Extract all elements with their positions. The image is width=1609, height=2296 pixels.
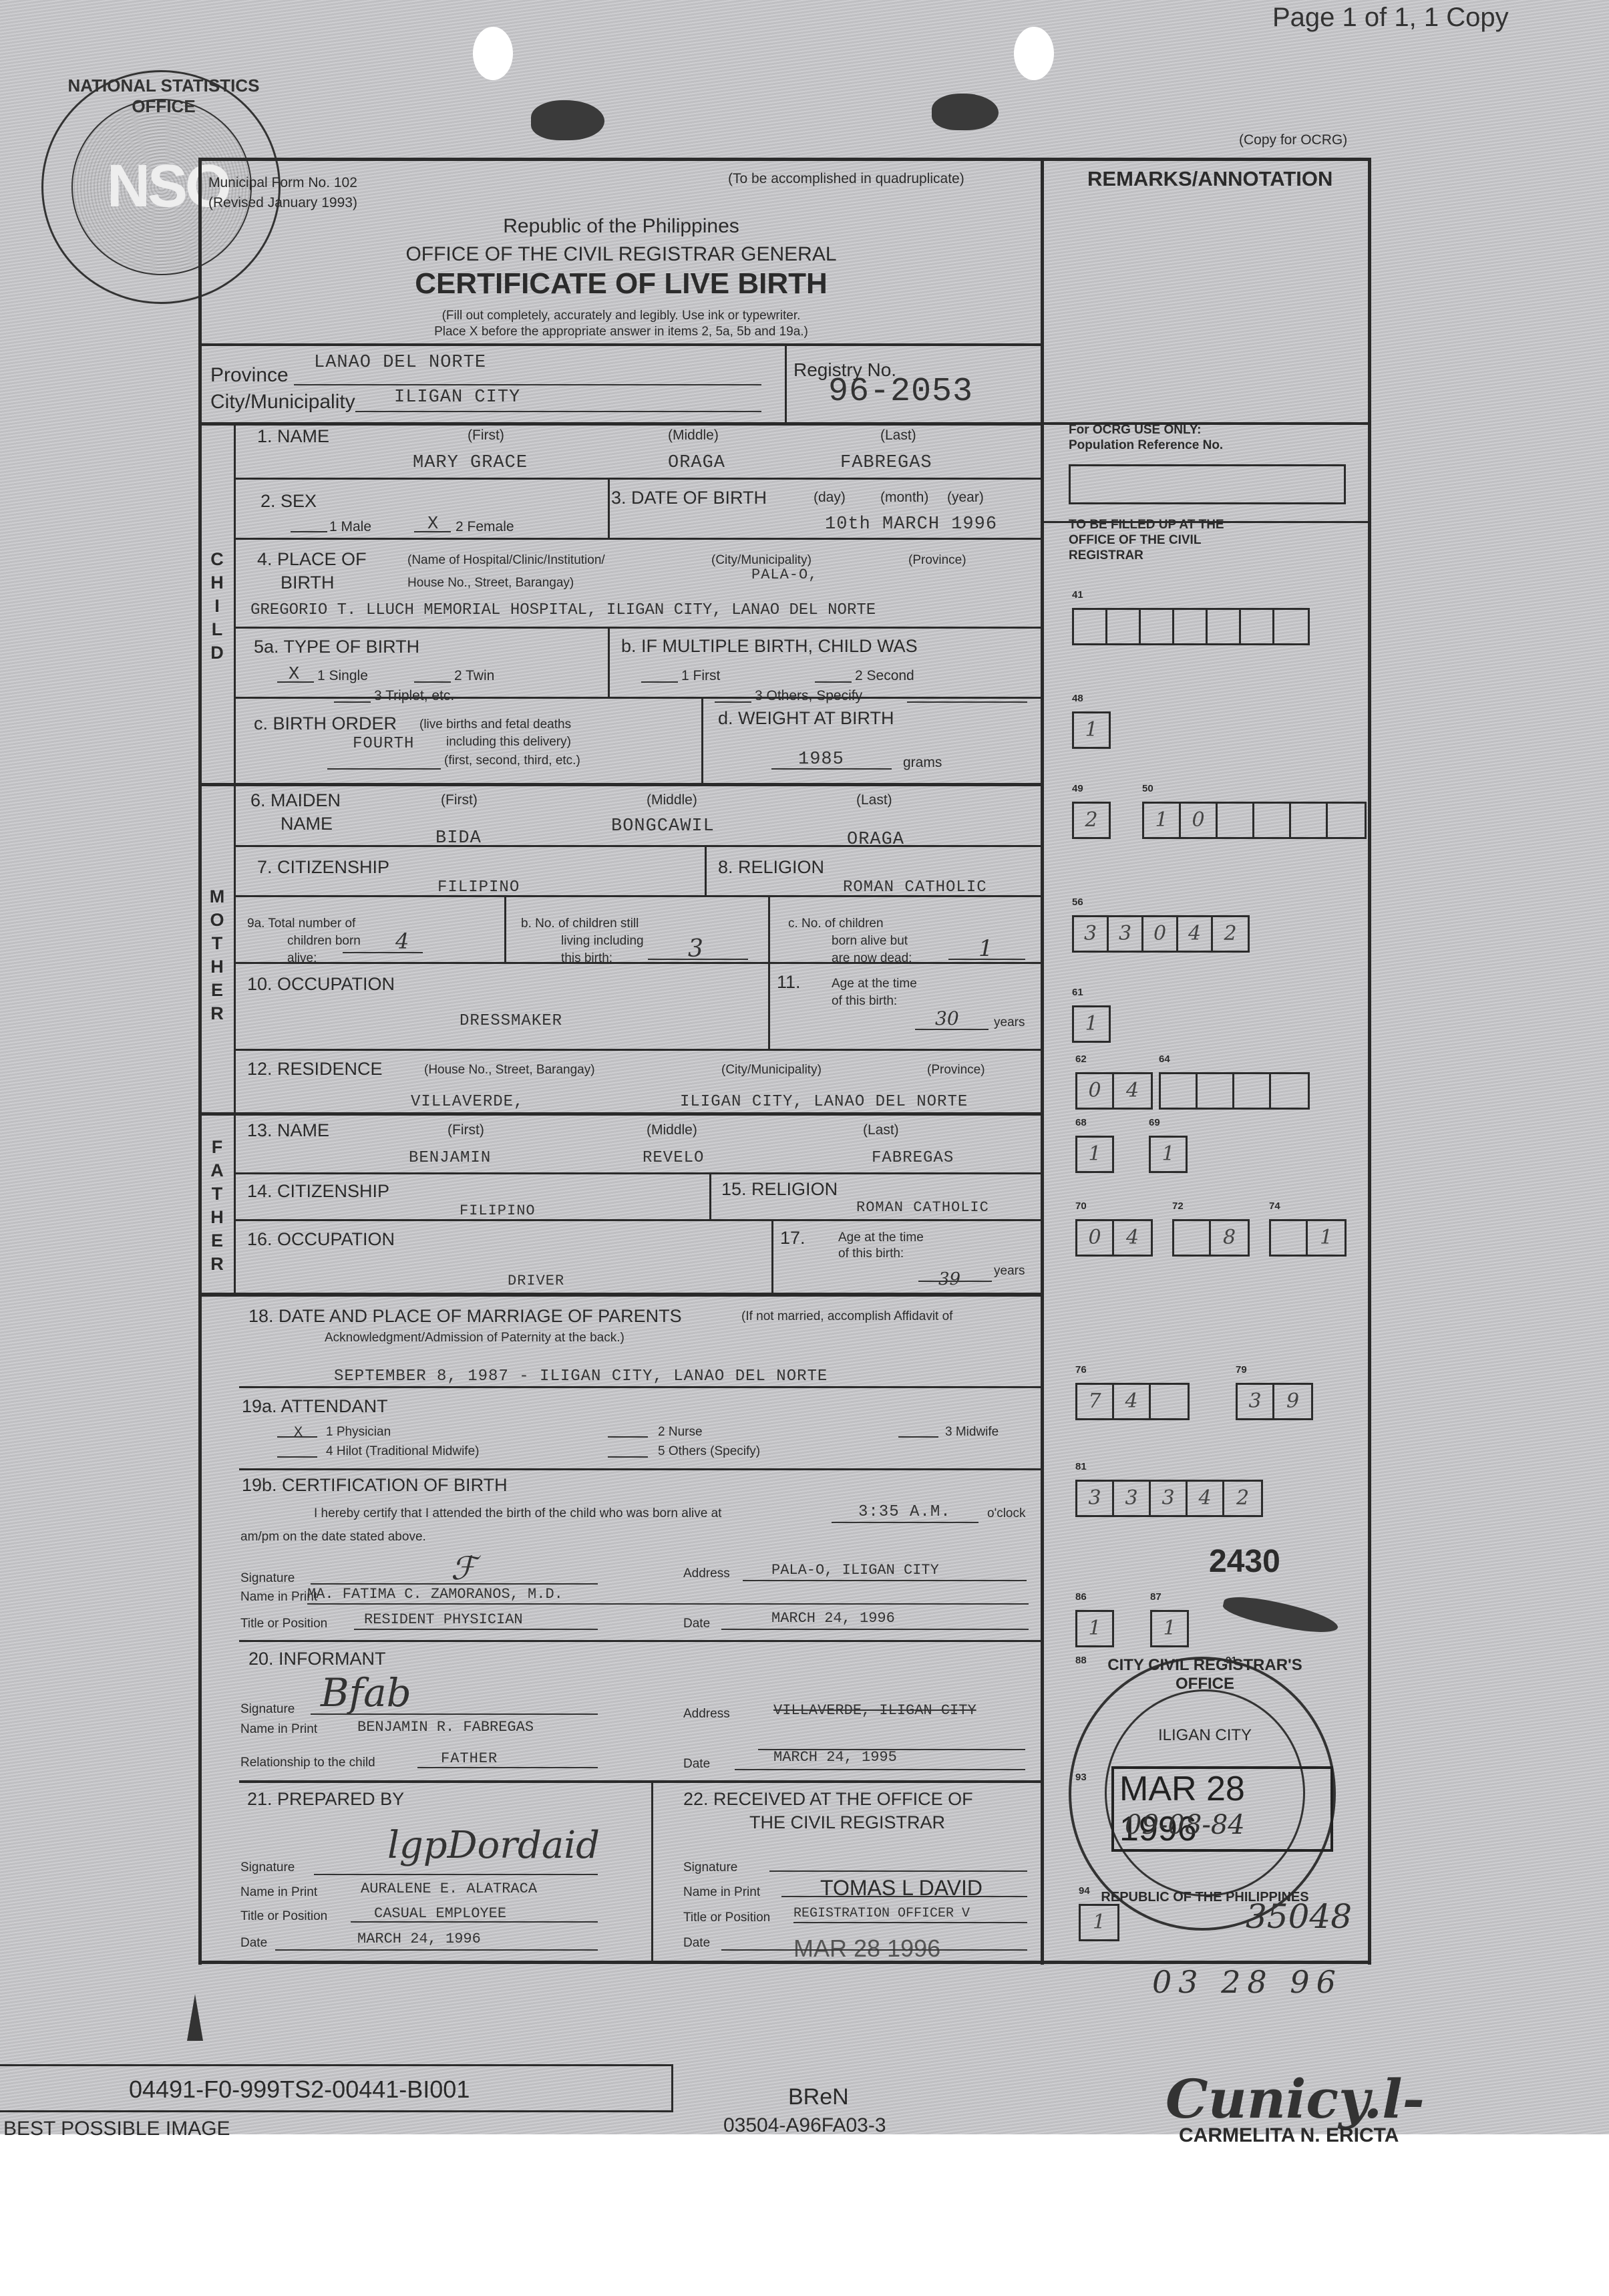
prepared-by-label: 21. PREPARED BY	[247, 1789, 404, 1810]
underline	[294, 384, 761, 385]
code-cell[interactable]: 1	[1074, 1007, 1109, 1041]
underline	[648, 959, 748, 960]
physician-title[interactable]: RESIDENT PHYSICIAN	[364, 1611, 523, 1628]
dob-label: 3. DATE OF BIRTH	[611, 488, 767, 508]
pob-label: 4. PLACE OF	[257, 549, 367, 570]
registrar-fill-label-3: REGISTRAR	[1069, 548, 1143, 563]
punch-hole	[1014, 27, 1054, 80]
code-field-68[interactable]: 1	[1075, 1136, 1114, 1173]
certification-text-2: am/pm on the date stated above.	[240, 1530, 426, 1544]
attendant-label: 19a. ATTENDANT	[242, 1396, 388, 1417]
underline	[414, 681, 451, 683]
child-last-name[interactable]: FABREGAS	[840, 453, 932, 473]
physician-name[interactable]: MA. FATIMA C. ZAMORANOS, M.D.	[307, 1586, 563, 1603]
handwritten-number: 35048	[1246, 1897, 1352, 1936]
code-cell[interactable]: 0	[1077, 1221, 1114, 1255]
multiple-second-option[interactable]: 2 Second	[855, 668, 914, 684]
code-cell[interactable]: 3	[1151, 1482, 1188, 1515]
code-label-87: 87	[1150, 1591, 1161, 1603]
underline	[355, 411, 761, 412]
middle-label: (Middle)	[668, 428, 719, 444]
signatory-name: CARMELITA N. ERICTA	[1179, 2124, 1399, 2147]
signature-line	[311, 1713, 598, 1715]
underline	[291, 531, 327, 532]
signature-label: Signature	[240, 1860, 295, 1875]
best-image-note: BEST POSSIBLE IMAGE	[3, 2118, 230, 2140]
form-number: Municipal Form No. 102	[208, 175, 357, 191]
code-cell[interactable]	[1271, 1221, 1308, 1255]
underline	[275, 1949, 598, 1951]
residence-city[interactable]: ILIGAN CITY, LANAO DEL NORTE	[680, 1093, 968, 1111]
code-label-41: 41	[1072, 589, 1083, 601]
father-age-label-2: of this birth:	[838, 1247, 904, 1261]
dob-month-label: (month)	[880, 490, 928, 506]
bren-label: BReN	[788, 2084, 849, 2110]
code-field-69[interactable]: 1	[1149, 1136, 1188, 1173]
punch-hole	[473, 27, 513, 80]
code-cell[interactable]	[1254, 804, 1291, 837]
father-citizenship[interactable]: FILIPINO	[460, 1202, 536, 1219]
underline	[641, 681, 678, 683]
father-occupation-label: 16. OCCUPATION	[247, 1229, 395, 1250]
pob-extra[interactable]: PALA-O,	[751, 566, 818, 583]
signature-label: Signature	[683, 1860, 737, 1875]
code-cell[interactable]: 1	[1077, 1138, 1112, 1171]
name-in-print-label: Name in Print	[240, 1722, 317, 1737]
code-cell[interactable]	[1291, 804, 1328, 837]
instructions-line-1: (Fill out completely, accurately and leg…	[0, 309, 1242, 323]
vline	[234, 1114, 236, 1295]
code-cell[interactable]	[1198, 1074, 1234, 1108]
hline	[235, 845, 1043, 847]
title-label: Title or Position	[240, 1617, 327, 1631]
hline	[198, 1293, 1043, 1297]
code-field-86[interactable]: 1	[1075, 1610, 1114, 1647]
city-label: City/Municipality	[210, 391, 355, 414]
code-field-48[interactable]: 1	[1072, 711, 1111, 749]
code-label-61: 61	[1072, 987, 1083, 998]
code-cell[interactable]: 4	[1188, 1482, 1224, 1515]
name-in-print-label: Name in Print	[683, 1885, 760, 1900]
father-age-label: Age at the time	[838, 1231, 924, 1245]
birth-order-note-3: (first, second, third, etc.)	[444, 754, 580, 768]
code-cell[interactable]	[1174, 1221, 1211, 1255]
code-field-76[interactable]: 74	[1075, 1383, 1190, 1420]
father-religion-label: 15. RELIGION	[721, 1179, 838, 1200]
birth-order-note: (live births and fetal deaths	[419, 717, 571, 732]
informant-relationship[interactable]: FATHER	[441, 1750, 498, 1767]
scanned-document: Page 1 of 1, 1 Copy NSO NATIONAL STATIST…	[0, 0, 1609, 2134]
seal-text: CITY CIVIL REGISTRAR'S OFFICE	[1098, 1656, 1312, 1693]
code-label-48: 48	[1072, 693, 1083, 704]
signature-line	[314, 1874, 598, 1875]
underline	[743, 1580, 1027, 1581]
vline	[504, 895, 506, 962]
received-label: 22. RECEIVED AT THE OFFICE OF	[683, 1789, 973, 1810]
type-twin-option[interactable]: 2 Twin	[454, 668, 494, 684]
residence-city-label: (City/Municipality)	[721, 1063, 822, 1078]
living-children-label-2: living including	[561, 934, 644, 949]
father-middle-name[interactable]: REVELO	[643, 1149, 704, 1167]
attendant-others-option[interactable]: 5 Others (Specify)	[658, 1444, 760, 1459]
child-name-label: 1. NAME	[257, 426, 329, 447]
underline	[307, 1603, 1029, 1605]
underline	[608, 1456, 648, 1458]
code-label-68: 68	[1075, 1117, 1087, 1128]
informant-address[interactable]: VILLAVERDE, ILIGAN CITY	[773, 1702, 976, 1719]
maiden-name-label: 6. MAIDEN	[250, 790, 341, 811]
code-label-49: 49	[1072, 783, 1083, 794]
code-cell[interactable]: 3	[1114, 1482, 1151, 1515]
code-label-62: 62	[1075, 1053, 1087, 1065]
code-cell[interactable]: 4	[1178, 917, 1213, 951]
code-field-72[interactable]: 8	[1172, 1219, 1250, 1257]
informant-date[interactable]: MARCH 24, 1995	[773, 1749, 897, 1766]
weight-label: d. WEIGHT AT BIRTH	[718, 708, 894, 729]
underline	[327, 768, 441, 770]
maiden-name-label-2: NAME	[281, 814, 333, 834]
code-cell[interactable]	[1074, 610, 1107, 643]
underline	[918, 1281, 992, 1282]
code-cell[interactable]: 4	[1114, 1221, 1151, 1255]
code-cell[interactable]: 1	[1077, 1612, 1112, 1645]
registry-value[interactable]: 96-2053	[828, 373, 973, 411]
attendant-hilot-option[interactable]: 4 Hilot (Traditional Midwife)	[326, 1444, 479, 1459]
quadruplicate-note: (To be accomplished in quadruplicate)	[728, 171, 964, 187]
code-field-64[interactable]	[1159, 1072, 1310, 1110]
marriage-note: (If not married, accomplish Affidavit of	[741, 1309, 952, 1324]
sex-label: 2. SEX	[260, 491, 317, 512]
document-code-box: 04491-F0-999TS2-00441-BI001	[0, 2064, 673, 2112]
code-field-79[interactable]: 39	[1236, 1383, 1313, 1420]
code-cell[interactable]	[1274, 610, 1308, 643]
seal-handwritten: 09-08-84	[1125, 1810, 1245, 1840]
code-label-79: 79	[1236, 1364, 1247, 1375]
attendant-physician-mark[interactable]: X	[294, 1424, 303, 1441]
vline	[701, 697, 703, 784]
hline	[235, 478, 1043, 480]
code-cell[interactable]	[1174, 610, 1208, 643]
title-label: Title or Position	[683, 1911, 770, 1925]
vline	[785, 343, 787, 422]
vline	[771, 1219, 773, 1293]
code-label-88: 88	[1075, 1655, 1087, 1666]
type-triplet-option[interactable]: 3 Triplet, etc.	[374, 688, 454, 704]
mother-citizenship[interactable]: FILIPINO	[437, 878, 520, 896]
code-cell[interactable]: 3	[1074, 917, 1109, 951]
attendant-nurse-option[interactable]: 2 Nurse	[658, 1425, 703, 1440]
code-field-50[interactable]: 10	[1142, 802, 1367, 839]
seal-city: ILIGAN CITY	[1158, 1726, 1252, 1745]
code-field-94[interactable]: 1	[1079, 1904, 1119, 1941]
instructions-line-2: Place X before the appropriate answer in…	[0, 325, 1242, 339]
code-cell[interactable]: 3	[1077, 1482, 1114, 1515]
underline	[334, 701, 371, 703]
code-cell[interactable]	[1141, 610, 1174, 643]
code-cell[interactable]: 2	[1213, 917, 1248, 951]
weight-unit: grams	[903, 755, 942, 771]
type-single-option[interactable]: 1 Single	[317, 668, 368, 684]
code-cell[interactable]: 2	[1074, 804, 1109, 837]
underline	[277, 1436, 317, 1438]
underline	[771, 768, 892, 770]
pob-label-2: BIRTH	[281, 572, 335, 593]
code-cell[interactable]	[1107, 610, 1141, 643]
birth-order-note-2: including this delivery)	[446, 735, 571, 750]
dob-value[interactable]: 10th MARCH 1996	[825, 514, 997, 534]
first-label: (First)	[468, 428, 504, 444]
mother-age-label-2: of this birth:	[832, 994, 897, 1009]
father-religion[interactable]: ROMAN CATHOLIC	[856, 1199, 989, 1216]
physician-date[interactable]: MARCH 24, 1996	[771, 1610, 895, 1627]
dead-children-value[interactable]: 1	[978, 935, 993, 962]
code-field-70[interactable]: 04	[1075, 1219, 1153, 1257]
vline	[709, 1172, 711, 1219]
dob-day-label: (day)	[814, 490, 846, 506]
vline	[608, 478, 610, 538]
code-cell[interactable]: 9	[1274, 1385, 1311, 1418]
weight-value[interactable]: 1985	[798, 750, 844, 770]
code-cell[interactable]: 3	[1109, 917, 1143, 951]
multiple-others-option[interactable]: 3 Others, Specify	[755, 688, 862, 704]
code-field-41[interactable]	[1072, 608, 1310, 645]
hline	[235, 1049, 1043, 1051]
informant-signature: Bfab	[321, 1670, 411, 1715]
stamp-number: 2430	[1209, 1543, 1280, 1580]
total-children-label-2: children born	[287, 934, 361, 949]
certification-text: I hereby certify that I attended the bir…	[314, 1506, 721, 1521]
code-cell[interactable]: 1	[1144, 804, 1181, 837]
code-cell[interactable]	[1328, 804, 1365, 837]
residence-house-label: (House No., Street, Barangay)	[424, 1063, 595, 1078]
hline	[235, 1219, 1043, 1221]
child-middle-name[interactable]: ORAGA	[668, 453, 725, 473]
date-label: Date	[240, 1936, 267, 1951]
preparer-name[interactable]: AURALENE E. ALATRACA	[361, 1880, 537, 1897]
underline	[721, 1949, 1027, 1951]
mother-occupation[interactable]: DRESSMAKER	[460, 1012, 562, 1030]
child-first-name[interactable]: MARY GRACE	[413, 453, 528, 473]
underline	[277, 1456, 317, 1458]
registrar-title[interactable]: REGISTRATION OFFICER V	[793, 1906, 970, 1921]
father-age-value[interactable]: 39	[938, 1269, 960, 1289]
mother-religion-label: 8. RELIGION	[718, 857, 824, 878]
underline	[351, 1921, 598, 1923]
hline	[198, 1112, 1043, 1116]
bren-code: 03504-A96FA03-3	[723, 2114, 886, 2137]
population-ref-input[interactable]	[1069, 464, 1346, 504]
code-field-74[interactable]: 1	[1269, 1219, 1347, 1257]
received-label-2: THE CIVIL REGISTRAR	[749, 1812, 945, 1833]
marriage-label: 18. DATE AND PLACE OF MARRIAGE OF PARENT…	[248, 1306, 682, 1327]
relationship-label: Relationship to the child	[240, 1756, 375, 1770]
code-cell[interactable]	[1234, 1074, 1271, 1108]
code-label-69: 69	[1149, 1117, 1160, 1128]
underline	[948, 959, 1025, 960]
father-citizenship-label: 14. CITIZENSHIP	[247, 1181, 389, 1202]
physician-address[interactable]: PALA-O, ILIGAN CITY	[771, 1562, 939, 1579]
mother-age-label: Age at the time	[832, 977, 917, 991]
mother-age-value[interactable]: 30	[935, 1007, 959, 1029]
preparer-signature: lgpDordaid	[387, 1824, 600, 1867]
sex-male-option[interactable]: 1 Male	[329, 519, 371, 535]
physician-signature: ℱ	[451, 1550, 476, 1587]
mother-religion[interactable]: ROMAN CATHOLIC	[843, 878, 987, 896]
hline	[235, 962, 1043, 964]
signature-label: Signature	[240, 1702, 295, 1717]
hline	[239, 1468, 1043, 1470]
first-label: (First)	[441, 792, 478, 808]
code-cell[interactable]	[1151, 1385, 1188, 1418]
dead-children-label: c. No. of children	[788, 917, 884, 931]
code-cell[interactable]	[1271, 1074, 1308, 1108]
father-occupation[interactable]: DRIVER	[508, 1273, 564, 1289]
vline	[705, 845, 707, 895]
underline	[832, 1522, 978, 1523]
marriage-value[interactable]: SEPTEMBER 8, 1987 - ILIGAN CITY, LANAO D…	[334, 1367, 828, 1385]
underline	[343, 952, 423, 953]
page-info: Page 1 of 1, 1 Copy	[1272, 3, 1509, 33]
residence-street[interactable]: VILLAVERDE,	[411, 1093, 524, 1111]
date-label: Date	[683, 1757, 710, 1772]
underline	[898, 1436, 938, 1438]
underline	[608, 1436, 648, 1438]
name-in-print-label: Name in Print	[240, 1590, 317, 1605]
code-cell[interactable]: 4	[1114, 1074, 1151, 1108]
vline	[768, 895, 770, 1049]
mother-age-label-num: 11.	[777, 972, 801, 993]
code-cell[interactable]: 1	[1308, 1221, 1345, 1255]
father-first-name[interactable]: BENJAMIN	[409, 1149, 491, 1167]
code-field-62[interactable]: 04	[1075, 1072, 1153, 1110]
code-cell[interactable]	[1161, 1074, 1198, 1108]
code-cell[interactable]: 1	[1074, 713, 1109, 747]
code-label-64: 64	[1159, 1053, 1170, 1065]
code-field-87[interactable]: 1	[1150, 1610, 1189, 1647]
ocrg-use-label: For OCRG USE ONLY:	[1069, 423, 1201, 438]
hline	[235, 1172, 1043, 1174]
address-label: Address	[683, 1567, 730, 1581]
dob-year-label: (year)	[947, 490, 984, 506]
birth-time-value[interactable]: 3:35 A.M.	[858, 1503, 951, 1521]
code-label-56: 56	[1072, 896, 1083, 908]
province-value[interactable]: LANAO DEL NORTE	[314, 353, 486, 373]
signature-label: Signature	[240, 1571, 295, 1586]
total-children-value[interactable]: 4	[395, 929, 409, 954]
form-revised: (Revised January 1993)	[208, 195, 357, 211]
code-label-81: 81	[1075, 1461, 1087, 1472]
last-label: (Last)	[880, 428, 916, 444]
father-last-name[interactable]: FABREGAS	[872, 1149, 954, 1167]
hline	[198, 422, 1043, 426]
name-in-print-label: Name in Print	[240, 1885, 317, 1900]
pob-value[interactable]: GREGORIO T. LLUCH MEMORIAL HOSPITAL, ILI…	[250, 601, 876, 619]
mother-middle-name[interactable]: BONGCAWIL	[611, 816, 715, 836]
informant-label: 20. INFORMANT	[248, 1649, 386, 1669]
father-name-label: 13. NAME	[247, 1120, 329, 1141]
code-cell[interactable]: 0	[1077, 1074, 1114, 1108]
informant-name[interactable]: BENJAMIN R. FABREGAS	[357, 1719, 534, 1736]
years-label: years	[994, 1015, 1025, 1030]
code-cell[interactable]: 1	[1152, 1612, 1187, 1645]
multiple-birth-label: b. IF MULTIPLE BIRTH, CHILD WAS	[621, 636, 918, 657]
received-date-stamp[interactable]: MAR 28 1996	[793, 1935, 940, 1963]
code-cell[interactable]: 1	[1151, 1138, 1186, 1171]
code-label-72: 72	[1172, 1200, 1184, 1212]
code-field-56[interactable]: 33042	[1072, 915, 1250, 953]
ink-blot	[531, 100, 604, 140]
sex-female-option[interactable]: 2 Female	[456, 519, 514, 535]
last-label: (Last)	[863, 1122, 899, 1138]
pob-city-label: (City/Municipality)	[711, 553, 812, 568]
code-cell[interactable]: 4	[1114, 1385, 1151, 1418]
preparer-title[interactable]: CASUAL EMPLOYEE	[374, 1905, 506, 1922]
code-field-49[interactable]: 2	[1072, 802, 1111, 839]
code-cell[interactable]: 0	[1181, 804, 1218, 837]
attendant-midwife-option[interactable]: 3 Midwife	[945, 1425, 999, 1440]
underline	[354, 1629, 598, 1630]
code-cell[interactable]: 8	[1211, 1221, 1248, 1255]
code-cell[interactable]: 1	[1081, 1906, 1117, 1939]
code-cell[interactable]: 3	[1238, 1385, 1274, 1418]
code-cell[interactable]: 7	[1077, 1385, 1114, 1418]
certification-label: 19b. CERTIFICATION OF BIRTH	[242, 1475, 508, 1496]
pob-province-label: (Province)	[908, 553, 966, 568]
triangle-marker	[187, 1994, 203, 2041]
pob-hospital-label-2: House No., Street, Barangay)	[407, 576, 574, 591]
multiple-first-option[interactable]: 1 First	[681, 668, 720, 684]
code-label-70: 70	[1075, 1200, 1087, 1212]
residence-province-label: (Province)	[927, 1063, 985, 1078]
code-cell[interactable]: 2	[1224, 1482, 1261, 1515]
marriage-note-2: Acknowledgment/Admission of Paternity at…	[325, 1331, 624, 1345]
total-children-label: 9a. Total number of	[247, 917, 355, 931]
population-ref-label: Population Reference No.	[1069, 438, 1223, 453]
page-title: CERTIFICATE OF LIVE BIRTH	[0, 267, 1242, 301]
father-age-label-num: 17.	[780, 1228, 806, 1249]
code-cell[interactable]: 0	[1143, 917, 1178, 951]
code-field-61[interactable]: 1	[1072, 1005, 1111, 1043]
handwritten-date: 03 28 96	[1152, 1964, 1343, 2000]
republic-text: Republic of the Philippines	[0, 215, 1242, 238]
signature-line	[769, 1870, 1027, 1872]
code-cell[interactable]	[1241, 610, 1274, 643]
preparer-date[interactable]: MARCH 24, 1996	[357, 1931, 481, 1947]
document-code: 04491-F0-999TS2-00441-BI001	[129, 2076, 470, 2104]
attendant-physician-option[interactable]: 1 Physician	[326, 1425, 391, 1440]
city-value[interactable]: ILIGAN CITY	[394, 387, 520, 407]
underline	[417, 1767, 598, 1768]
oclock-text: o'clock	[987, 1506, 1025, 1521]
birth-order-value[interactable]: FOURTH	[353, 735, 414, 753]
date-label: Date	[683, 1936, 710, 1951]
remarks-divider	[1041, 158, 1044, 1965]
underline	[815, 681, 852, 683]
mother-citizenship-label: 7. CITIZENSHIP	[257, 857, 389, 878]
code-label-86: 86	[1075, 1591, 1087, 1603]
residence-label: 12. RESIDENCE	[247, 1059, 383, 1080]
hline	[235, 538, 1043, 540]
code-cell[interactable]	[1208, 610, 1241, 643]
vline	[651, 1782, 653, 1961]
official-signature: Cunicy.l-	[1166, 2068, 1425, 2130]
code-cell[interactable]	[1218, 804, 1254, 837]
registrar-fill-label-2: OFFICE OF THE CIVIL	[1069, 533, 1201, 548]
living-children-label: b. No. of children still	[521, 917, 639, 931]
vline	[608, 627, 610, 697]
code-field-81[interactable]: 33342	[1075, 1480, 1263, 1517]
last-label: (Last)	[856, 792, 892, 808]
